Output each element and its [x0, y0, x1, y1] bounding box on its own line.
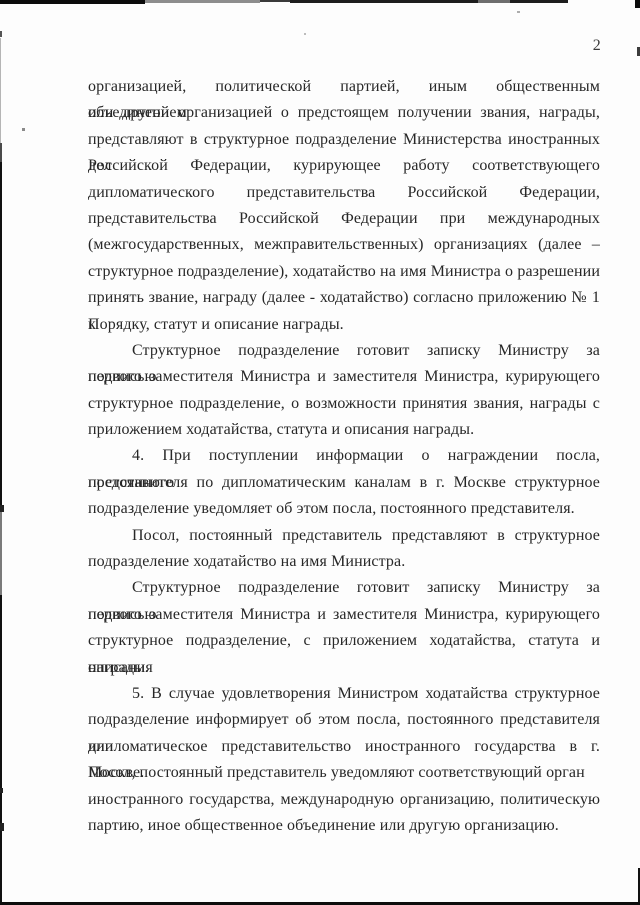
text-line: 4. При поступлении информации о награжде… [88, 443, 600, 469]
text-line: подразделение уведомляет об этом посла, … [88, 496, 600, 522]
text-line: первого заместителя Министра и заместите… [88, 364, 600, 390]
text-line: представительства Российской Федерации п… [88, 206, 600, 232]
scan-speck [304, 33, 306, 35]
text-line: дипломатического представительства Росси… [88, 180, 600, 206]
text-line: 5. В случае удовлетворения Министром ход… [88, 681, 600, 707]
page-number: 2 [0, 37, 601, 55]
text-line: подразделение информирует об этом посла,… [88, 707, 600, 733]
document-page: 2 организацией, политической партией, ин… [0, 0, 640, 905]
scan-artifact-top-bar-gray [145, 0, 260, 3]
text-line: или другой организацией о предстоящем по… [88, 100, 600, 126]
scan-artifact-left-edge-light [0, 512, 2, 595]
text-line: Посол, постоянный представитель представ… [88, 523, 600, 549]
scan-artifact-left-tick-2 [0, 788, 3, 793]
text-line: организацией, политической партией, иным… [88, 74, 600, 100]
scan-artifact-top-bar-black [0, 0, 145, 4]
text-line: представителя по дипломатическим каналам… [88, 470, 600, 496]
document-text: организацией, политической партией, иным… [88, 74, 600, 839]
scan-speck [22, 128, 25, 131]
text-line: Российской Федерации, курирующее работу … [88, 153, 600, 179]
scan-artifact-top-right-corner [635, 0, 640, 8]
text-line: иностранного государства, международную … [88, 787, 600, 813]
text-line: дипломатическое представительство иностр… [88, 734, 600, 760]
text-line: награды. [88, 655, 600, 681]
text-line: структурное подразделение, о возможности… [88, 391, 600, 417]
scan-artifact-top-bar-dark [290, 0, 568, 3]
text-line: Структурное подразделение готовит записк… [88, 338, 600, 364]
text-line: первого заместителя Министра и заместите… [88, 602, 600, 628]
text-line: партию, иное общественное объединение ил… [88, 813, 600, 839]
text-line: подразделение ходатайство на имя Министр… [88, 549, 600, 575]
scan-artifact-left-edge-faint [0, 38, 1, 160]
scan-artifact-left-tick-3 [0, 823, 4, 831]
scan-artifact-top-bar-notch [478, 0, 510, 3]
text-line: Порядку, статут и описание награды. [88, 312, 600, 338]
text-line: (межгосударственных, межправительственны… [88, 232, 600, 258]
scan-artifact-left-tick-1 [0, 505, 4, 512]
text-line: Посол, постоянный представитель уведомля… [88, 760, 600, 786]
text-line: структурное подразделение, с приложением… [88, 628, 600, 654]
text-line: структурное подразделение), ходатайство … [88, 259, 600, 285]
text-line: принять звание, награду (далее - ходатай… [88, 285, 600, 311]
text-line: представляют в структурное подразделение… [88, 127, 600, 153]
scan-artifact-left-edge-mid [0, 143, 2, 163]
scan-speck [517, 11, 520, 13]
text-line: Структурное подразделение готовит записк… [88, 575, 600, 601]
text-line: приложением ходатайства, статута и описа… [88, 417, 600, 443]
